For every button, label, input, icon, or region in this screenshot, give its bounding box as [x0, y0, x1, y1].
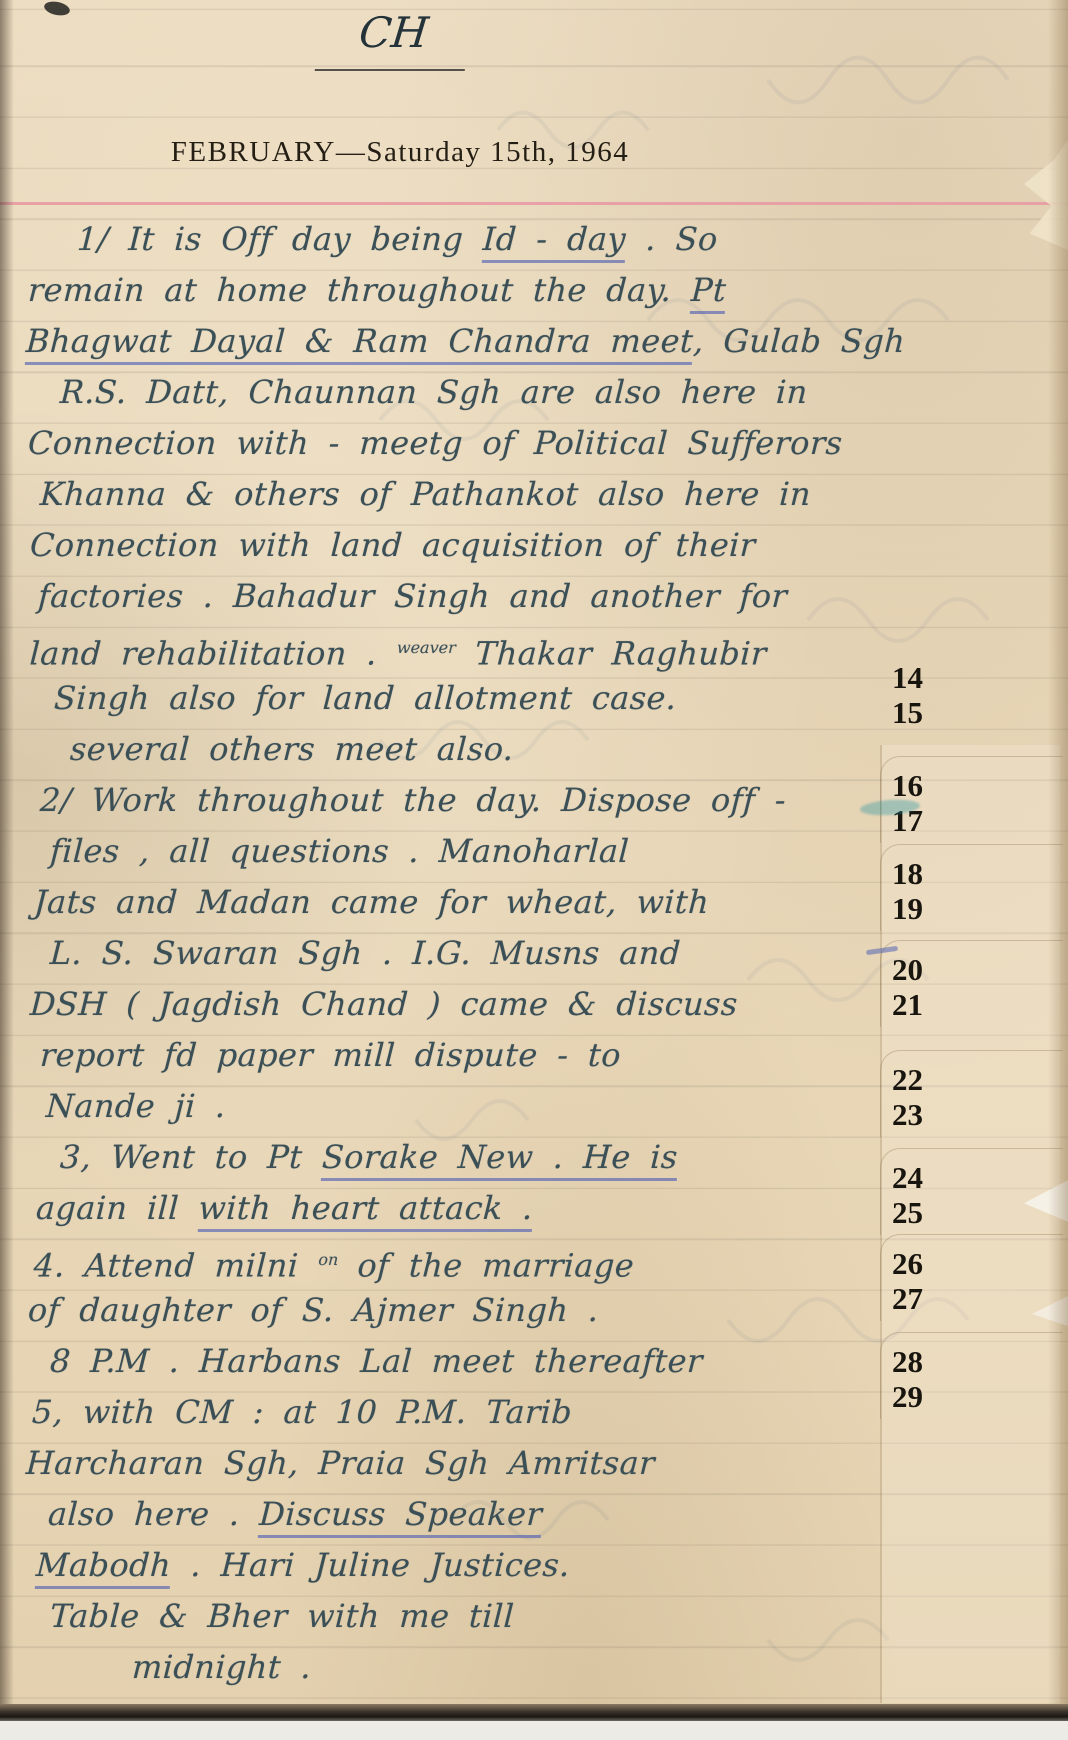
handwriting-segment: midnight .: [131, 1648, 312, 1686]
handwriting-segment: Connection with land acquisition of thei…: [29, 526, 757, 564]
ink-blot: [43, 0, 71, 18]
tab-number: 19: [892, 891, 962, 926]
red-divider-line: [0, 202, 1068, 205]
tab-group: 2627: [892, 1246, 962, 1316]
handwriting-segment: of the marriage: [337, 1247, 635, 1285]
handwriting-segment: 5, with CM : at 10 P.M. Tarib: [31, 1393, 573, 1431]
tab-group: 2425: [892, 1160, 962, 1230]
underlined-phrase: Id - day: [482, 220, 627, 263]
diary-line: factories . Bahadur Singh and another fo…: [21, 571, 1068, 622]
diary-line: R.S. Datt, Chaunnan Sgh are also here in: [21, 367, 1068, 418]
tab-number: 14: [892, 660, 962, 695]
handwriting-segment: Thakar Raghubir: [454, 635, 767, 673]
handwriting-segment: of daughter of S. Ajmer Singh .: [27, 1291, 600, 1329]
date-heading-row: FEBRUARY—Saturday 15th, 1964: [0, 136, 800, 169]
diary-line: Connection with land acquisition of thei…: [21, 520, 1068, 571]
diary-line: Connection with - meetg of Political Suf…: [21, 418, 1068, 469]
page-bottom-edge: [0, 1704, 1068, 1721]
handwriting-segment: Table & Bher with me till: [49, 1597, 515, 1635]
handwriting-segment: L. S. Swaran Sgh . I.G. Musns and: [49, 934, 682, 972]
tab-group: 1415: [892, 660, 962, 730]
tab-number: 24: [892, 1160, 962, 1195]
tab-number: 15: [892, 695, 962, 730]
handwriting-segment: files , all questions . Manoharlal: [49, 832, 630, 870]
diary-line: Khanna & others of Pathankot also here i…: [21, 469, 1068, 520]
handwriting-segment: DSH ( Jagdish Chand ) came & discuss: [29, 985, 739, 1023]
tab-number: 27: [892, 1281, 962, 1316]
diary-page: CH FEBRUARY—Saturday 15th, 1964 1/ It is…: [0, 0, 1068, 1740]
handwriting-segment: remain at home throughout the day.: [27, 271, 692, 309]
tab-group: 2021: [892, 952, 962, 1022]
handwritten-heading: CH: [315, 8, 472, 71]
page-right-edge: [1048, 0, 1068, 1740]
handwriting-segment: Nande ji .: [45, 1087, 227, 1125]
handwriting-segment: Jats and Madan came for wheat, with: [33, 883, 710, 921]
handwriting-segment: factories . Bahadur Singh and another fo…: [37, 577, 788, 615]
tab-group: 2223: [892, 1062, 962, 1132]
tab-number: 26: [892, 1246, 962, 1281]
handwriting-segment: Connection with - meetg of Political Suf…: [27, 424, 844, 462]
handwriting-segment: again ill: [35, 1189, 200, 1227]
tab-number: 20: [892, 952, 962, 987]
handwriting-segment: Khanna & others of Pathankot also here i…: [39, 475, 812, 513]
handwriting-segment: . Hari Juline Justices.: [170, 1546, 571, 1584]
tab-number: 23: [892, 1097, 962, 1132]
tab-number: 25: [892, 1195, 962, 1230]
handwriting-segment: 2/ Work throughout the day. Dispose off …: [39, 781, 787, 819]
underlined-phrase: with heart attack .: [197, 1189, 534, 1232]
tab-number: 28: [892, 1344, 962, 1379]
inserted-word: on: [318, 1250, 339, 1269]
printed-date: FEBRUARY—Saturday 15th, 1964: [171, 136, 630, 168]
underlined-phrase: Pt: [690, 271, 727, 314]
diary-line: Bhagwat Dayal & Ram Chandra meet, Gulab …: [21, 316, 1068, 367]
handwriting-segment: 8 P.M . Harbans Lal meet thereafter: [49, 1342, 704, 1380]
handwriting-segment: 1/ It is Off day being: [76, 220, 484, 258]
tab-group: 2829: [892, 1344, 962, 1414]
tab-stack-edge: [880, 745, 882, 1703]
handwriting-segment: , Gulab Sgh: [692, 322, 906, 360]
handwriting-segment: also here .: [47, 1495, 260, 1533]
tab-group: 1819: [892, 856, 962, 926]
underlined-phrase: Sorake New . He is: [321, 1138, 679, 1181]
surface-below-page: [0, 1721, 1068, 1740]
inserted-word: weaver: [396, 638, 456, 657]
underlined-phrase: Bhagwat Dayal & Ram Chandra meet: [25, 322, 695, 365]
handwriting-segment: 3, Went to Pt: [59, 1138, 323, 1176]
handwriting-segment: several others meet also.: [69, 730, 515, 768]
handwriting-segment: . So: [625, 220, 719, 258]
handwriting-segment: land rehabilitation .: [29, 635, 398, 673]
tab-number: 18: [892, 856, 962, 891]
handwriting-segment: Harcharan Sgh, Praia Sgh Amritsar: [25, 1444, 656, 1482]
underlined-phrase: Mabodh: [35, 1546, 172, 1589]
tab-number: 29: [892, 1379, 962, 1414]
handwriting-segment: report fd paper mill dispute - to: [39, 1036, 622, 1074]
binding-edge-shadow: [0, 0, 14, 1740]
handwriting-segment: 4. Attend milni: [33, 1247, 319, 1285]
diary-line: remain at home throughout the day. Pt: [21, 265, 1068, 316]
diary-line: 1/ It is Off day being Id - day . So: [21, 214, 1068, 265]
underlined-phrase: Discuss Speaker: [258, 1495, 543, 1538]
tab-number: 16: [892, 768, 962, 803]
tab-number: 21: [892, 987, 962, 1022]
handwriting-segment: Singh also for land allotment case.: [53, 679, 677, 717]
handwriting-segment: R.S. Datt, Chaunnan Sgh are also here in: [59, 373, 809, 411]
tab-number: 22: [892, 1062, 962, 1097]
